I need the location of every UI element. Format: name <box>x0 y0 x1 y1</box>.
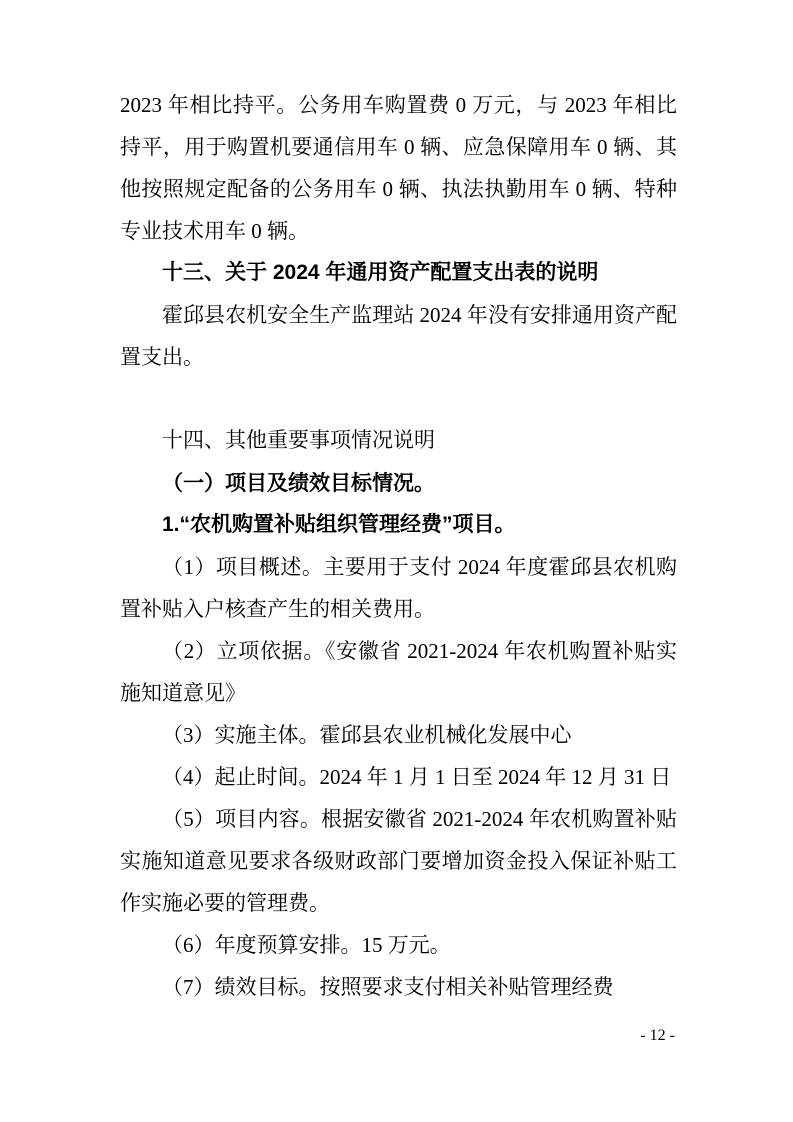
paragraph-item-7-performance-target: （7）绩效目标。按照要求支付相关补贴管理经费 <box>120 966 677 1008</box>
document-page: 2023 年相比持平。公务用车购置费 0 万元，与 2023 年相比持平，用于购… <box>0 0 793 1122</box>
paragraph-section-13-body: 霍邱县农机安全生产监理站 2024 年没有安排通用资产配置支出。 <box>120 294 677 378</box>
document-body: 2023 年相比持平。公务用车购置费 0 万元，与 2023 年相比持平，用于购… <box>120 84 677 1008</box>
paragraph-item-5-content: （5）项目内容。根据安徽省 2021-2024 年农机购置补贴实施知道意见要求各… <box>120 798 677 924</box>
heading-subsection-projects: （一）项目及绩效目标情况。 <box>120 462 677 504</box>
paragraph-item-6-budget: （6）年度预算安排。15 万元。 <box>120 924 677 966</box>
page-number: - 12 - <box>640 1026 675 1046</box>
paragraph-item-4-timeframe: （4）起止时间。2024 年 1 月 1 日至 2024 年 12 月 31 日 <box>120 756 677 798</box>
heading-section-14: 十四、其他重要事项情况说明 <box>120 420 677 462</box>
paragraph-vehicle-purchase-continuation: 2023 年相比持平。公务用车购置费 0 万元，与 2023 年相比持平，用于购… <box>120 84 677 252</box>
paragraph-item-1-overview: （1）项目概述。主要用于支付 2024 年度霍邱县农机购置补贴入户核查产生的相关… <box>120 546 677 630</box>
paragraph-item-2-basis: （2）立项依据。《安徽省 2021-2024 年农机购置补贴实施知道意见》 <box>120 630 677 714</box>
heading-project-subsidy-management-fee: 1.“农机购置补贴组织管理经费”项目。 <box>120 504 677 546</box>
blank-line <box>120 378 677 420</box>
paragraph-item-3-implementer: （3）实施主体。霍邱县农业机械化发展中心 <box>120 714 677 756</box>
heading-section-13: 十三、关于 2024 年通用资产配置支出表的说明 <box>120 252 677 294</box>
